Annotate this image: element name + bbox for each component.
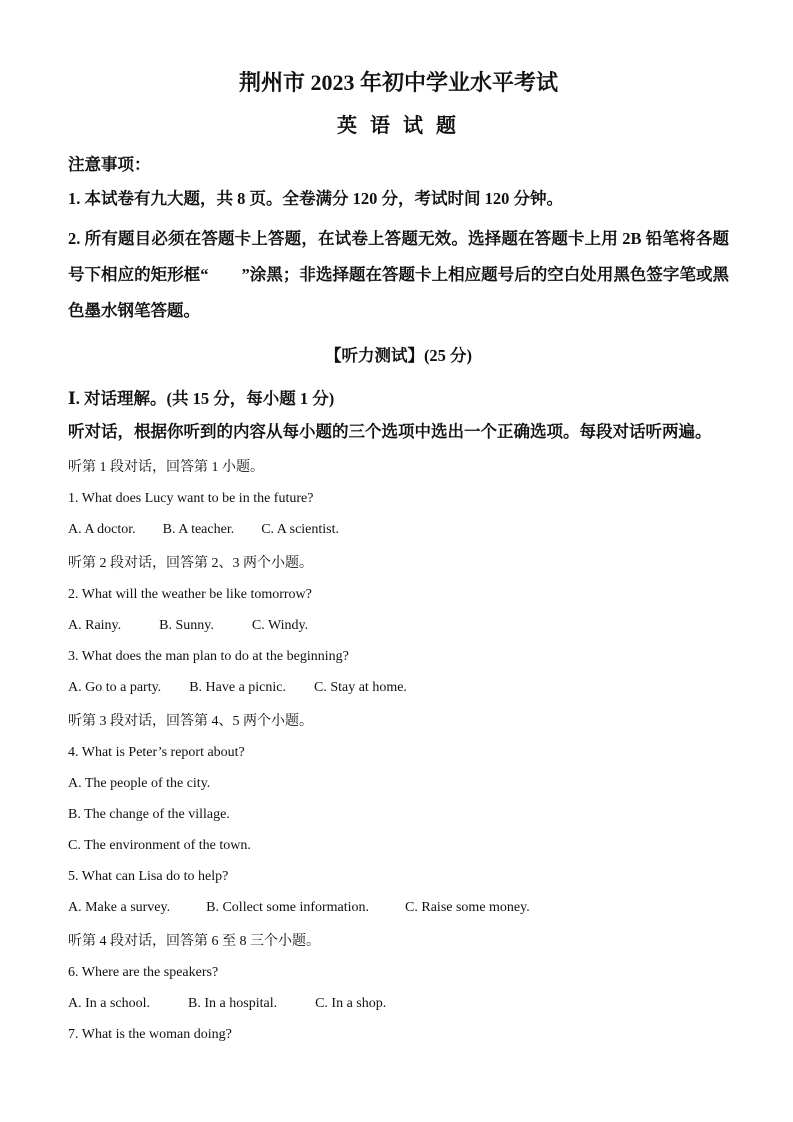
exam-paper-page: 荆州市 2023 年初中学业水平考试 英 语 试 题 注意事项： 1. 本试卷有… <box>0 0 793 1122</box>
question-5-options: A. Make a survey. B. Collect some inform… <box>68 899 729 917</box>
question-5-option-a: A. Make a survey. <box>68 899 170 917</box>
exam-subtitle: 英 语 试 题 <box>68 114 729 138</box>
question-3-options: A. Go to a party. B. Have a picnic. C. S… <box>68 679 729 697</box>
question-5-text: 5. What can Lisa do to help? <box>68 868 729 886</box>
dialogue-prompt-3: 听第 3 段对话，回答第 4、5 两个小题。 <box>68 713 729 731</box>
page-content: 荆州市 2023 年初中学业水平考试 英 语 试 题 注意事项： 1. 本试卷有… <box>0 0 793 1044</box>
notice-heading: 注意事项： <box>68 155 729 175</box>
question-2-options: A. Rainy. B. Sunny. C. Windy. <box>68 617 729 635</box>
question-3-text: 3. What does the man plan to do at the b… <box>68 648 729 666</box>
question-1-options: A. A doctor. B. A teacher. C. A scientis… <box>68 521 729 539</box>
question-1-option-a: A. A doctor. <box>68 521 136 539</box>
part1-instruction: 听对话，根据你听到的内容从每小题的三个选项中选出一个正确选项。每段对话听两遍。 <box>68 421 729 443</box>
dialogue-prompt-2: 听第 2 段对话，回答第 2、3 两个小题。 <box>68 555 729 573</box>
question-1-text: 1. What does Lucy want to be in the futu… <box>68 490 729 508</box>
question-4-option-c: C. The environment of the town. <box>68 837 729 855</box>
notice-item-2: 2. 所有题目必须在答题卡上答题，在试卷上答题无效。选择题在答题卡上用 2B 铅… <box>68 221 729 329</box>
notice-item-1: 1. 本试卷有九大题，共 8 页。全卷满分 120 分，考试时间 120 分钟。 <box>68 188 729 210</box>
part1-header: Ⅰ. 对话理解。(共 15 分，每小题 1 分) <box>68 388 729 410</box>
question-6-option-a: A. In a school. <box>68 995 150 1013</box>
question-6-options: A. In a school. B. In a hospital. C. In … <box>68 995 729 1013</box>
question-1-option-b: B. A teacher. <box>163 521 235 539</box>
question-2-option-c: C. Windy. <box>252 617 308 635</box>
question-7-text: 7. What is the woman doing? <box>68 1026 729 1044</box>
question-5-option-c: C. Raise some money. <box>405 899 530 917</box>
dialogue-prompt-1: 听第 1 段对话，回答第 1 小题。 <box>68 459 729 477</box>
question-2-text: 2. What will the weather be like tomorro… <box>68 586 729 604</box>
question-6-option-b: B. In a hospital. <box>188 995 277 1013</box>
dialogue-prompt-4: 听第 4 段对话，回答第 6 至 8 三个小题。 <box>68 933 729 951</box>
question-3-option-c: C. Stay at home. <box>314 679 407 697</box>
question-4-text: 4. What is Peter’s report about? <box>68 744 729 762</box>
question-1-option-c: C. A scientist. <box>261 521 339 539</box>
question-3-option-a: A. Go to a party. <box>68 679 161 697</box>
question-2-option-b: B. Sunny. <box>159 617 214 635</box>
question-5-option-b: B. Collect some information. <box>206 899 369 917</box>
question-6-option-c: C. In a shop. <box>315 995 386 1013</box>
question-3-option-b: B. Have a picnic. <box>189 679 286 697</box>
question-6-text: 6. Where are the speakers? <box>68 964 729 982</box>
question-2-option-a: A. Rainy. <box>68 617 121 635</box>
question-4-option-a: A. The people of the city. <box>68 775 729 793</box>
exam-title: 荆州市 2023 年初中学业水平考试 <box>68 70 729 96</box>
question-4-option-b: B. The change of the village. <box>68 806 729 824</box>
listening-section-header: 【听力测试】(25 分) <box>68 345 729 367</box>
